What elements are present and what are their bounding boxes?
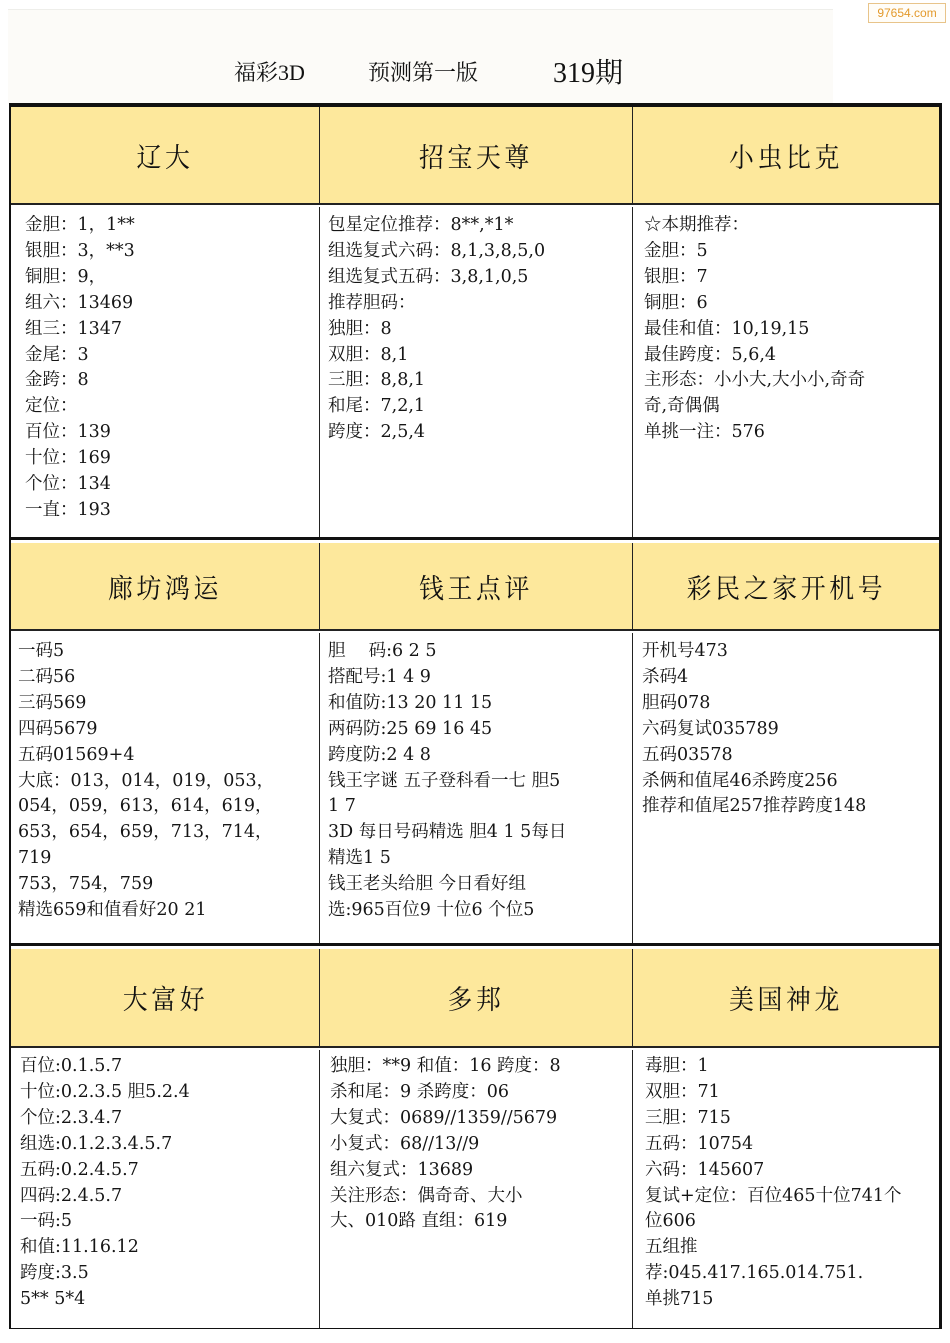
page-title: 福彩3D 预测第一版 319期 [0,0,940,100]
section-header-xiaochong: 小虫比克 [633,107,939,203]
prediction-line: 四码5679 [18,717,313,743]
section-title: 多邦 [447,978,504,1017]
table-header-row: 大富好 多邦 美国神龙 [11,949,939,1048]
section-body-duobang: 独胆：**9 和值：16 跨度：8 杀和尾：9 杀跨度：06 大复式：0689/… [320,1050,633,1328]
prediction-line: 六码：145607 [645,1158,933,1184]
prediction-line: 主形态：小小大,大小小,奇奇 [644,368,933,394]
prediction-line: 和值:11.16.12 [20,1235,313,1261]
prediction-line: 五码03578 [642,743,933,769]
prediction-line: 金跨：8 [25,368,313,394]
prediction-line: 金胆：5 [644,239,933,265]
prediction-line: 杀俩和值尾46杀跨度256 [642,769,933,795]
prediction-line: 独胆：8 [328,317,626,343]
prediction-line: 钱王字谜 五子登科看一七 胆5 [328,769,626,795]
prediction-line: 组六复式：13689 [330,1158,626,1184]
prediction-line: 653，654，659，713，714， [18,820,313,846]
section-body-xiaochong: ☆本期推荐： 金胆：5 银胆：7 铜胆：6 最佳和值：10,19,15 最佳跨度… [633,207,939,537]
prediction-list: 开机号473 杀码4 胆码078 六码复试035789 五码03578 杀俩和值… [642,639,933,820]
title-edition: 预测第一版 [368,56,478,87]
title-issue-number: 319期 [553,51,623,91]
prediction-line: 十位：169 [25,446,313,472]
prediction-line: 定位： [25,394,313,420]
prediction-line: 金尾：3 [25,343,313,369]
section-body-meiguo: 毒胆：1 双胆：71 三胆：715 五码：10754 六码：145607 复试+… [633,1050,939,1328]
section-header-zhaobao: 招宝天尊 [320,107,633,203]
prediction-line: 719 [18,846,313,872]
prediction-line: 毒胆：1 [645,1054,933,1080]
prediction-line: 精选1 5 [328,846,626,872]
prediction-line: 单挑715 [645,1287,933,1313]
prediction-line: 六码复试035789 [642,717,933,743]
prediction-list: 胆 码:6 2 5 搭配号:1 4 9 和值防:13 20 11 15 两码防:… [328,639,626,924]
prediction-line: 位606 [645,1209,933,1235]
prediction-line: 选:965百位9 十位6 个位5 [328,898,626,924]
prediction-line: 关注形态：偶奇奇、大小 [330,1184,626,1210]
prediction-table: 辽大 招宝天尊 小虫比克 金胆：1，1** 银胆：3，**3 铜胆：9， 组六：… [9,103,942,1329]
prediction-line: 最佳跨度：5,6,4 [644,343,933,369]
prediction-line: 一码:5 [20,1209,313,1235]
section-body-liaoda: 金胆：1，1** 银胆：3，**3 铜胆：9， 组六：13469 组三：1347… [11,207,320,537]
table-header-row: 辽大 招宝天尊 小虫比克 [11,107,939,205]
prediction-line: 百位：139 [25,420,313,446]
prediction-list: 包星定位推荐：8**,*1* 组选复式六码：8,1,3,8,5,0 组选复式五码… [328,213,626,446]
section-body-caimin: 开机号473 杀码4 胆码078 六码复试035789 五码03578 杀俩和值… [633,633,939,943]
prediction-line: 三胆：8,8,1 [328,368,626,394]
prediction-line: 荐:045.417.165.014.751. [645,1261,933,1287]
prediction-line: 杀和尾：9 杀跨度：06 [330,1080,626,1106]
prediction-line: 百位:0.1.5.7 [20,1054,313,1080]
prediction-line: 四码:2.4.5.7 [20,1184,313,1210]
section-header-qianwang: 钱王点评 [320,543,633,629]
prediction-line: 最佳和值：10,19,15 [644,317,933,343]
table-header-row: 廊坊鸿运 钱王点评 彩民之家开机号 [11,543,939,631]
prediction-list: 毒胆：1 双胆：71 三胆：715 五码：10754 六码：145607 复试+… [645,1054,933,1313]
prediction-line: 和值防:13 20 11 15 [328,691,626,717]
prediction-line: 组选复式六码：8,1,3,8,5,0 [328,239,626,265]
prediction-line: 复试+定位：百位465十位741个 [645,1184,933,1210]
prediction-line: 跨度:3.5 [20,1261,313,1287]
prediction-line: 一码5 [18,639,313,665]
prediction-line: 1 7 [328,794,626,820]
prediction-line: 大、010路 直组：619 [330,1209,626,1235]
prediction-line: 银胆：3，**3 [25,239,313,265]
prediction-line: 五组推 [645,1235,933,1261]
prediction-line: 大底：013，014，019，053， [18,769,313,795]
section-header-liaoda: 辽大 [11,107,320,203]
section-title: 大富好 [122,978,208,1017]
prediction-line: 五码:0.2.4.5.7 [20,1158,313,1184]
title-lottery-name: 福彩3D [234,56,305,87]
section-title: 廊坊鸿运 [108,567,222,606]
section-title: 小虫比克 [729,136,843,175]
table-body-row: 百位:0.1.5.7 十位:0.2.3.5 胆5.2.4 个位:2.3.4.7 … [11,1050,939,1328]
prediction-line: 大复式：0689//1359//5679 [330,1106,626,1132]
section-title: 钱王点评 [419,567,533,606]
prediction-line: 钱王老头给胆 今日看好组 [328,872,626,898]
section-body-dafuhao: 百位:0.1.5.7 十位:0.2.3.5 胆5.2.4 个位:2.3.4.7 … [11,1050,320,1328]
prediction-line: 杀码4 [642,665,933,691]
prediction-list: 独胆：**9 和值：16 跨度：8 杀和尾：9 杀跨度：06 大复式：0689/… [330,1054,626,1235]
prediction-line: 个位:2.3.4.7 [20,1106,313,1132]
table-body-row: 一码5 二码56 三码569 四码5679 五码01569+4 大底：013，0… [11,633,939,946]
prediction-line: 五码：10754 [645,1132,933,1158]
section-header-caimin: 彩民之家开机号 [633,543,939,629]
section-body-zhaobao: 包星定位推荐：8**,*1* 组选复式六码：8,1,3,8,5,0 组选复式五码… [320,207,633,537]
prediction-line: 054，059，613，614，619， [18,794,313,820]
prediction-line: 开机号473 [642,639,933,665]
prediction-line: 胆 码:6 2 5 [328,639,626,665]
prediction-line: 一直：193 [25,498,313,524]
section-title: 招宝天尊 [419,136,533,175]
section-header-langfang: 廊坊鸿运 [11,543,320,629]
prediction-list: 百位:0.1.5.7 十位:0.2.3.5 胆5.2.4 个位:2.3.4.7 … [20,1054,313,1313]
prediction-line: 三码569 [18,691,313,717]
prediction-line: 两码防:25 69 16 45 [328,717,626,743]
prediction-line: 二码56 [18,665,313,691]
prediction-list: 金胆：1，1** 银胆：3，**3 铜胆：9， 组六：13469 组三：1347… [25,213,313,524]
prediction-line: 独胆：**9 和值：16 跨度：8 [330,1054,626,1080]
prediction-line: 推荐胆码： [328,291,626,317]
section-body-qianwang: 胆 码:6 2 5 搭配号:1 4 9 和值防:13 20 11 15 两码防:… [320,633,633,943]
prediction-line: 铜胆：6 [644,291,933,317]
prediction-line: 奇,奇偶偶 [644,394,933,420]
section-title: 辽大 [136,136,193,175]
prediction-line: 三胆：715 [645,1106,933,1132]
table-body-row: 金胆：1，1** 银胆：3，**3 铜胆：9， 组六：13469 组三：1347… [11,207,939,540]
section-title: 彩民之家开机号 [686,567,886,606]
section-header-dafuhao: 大富好 [11,949,320,1046]
prediction-line: 银胆：7 [644,265,933,291]
prediction-line: 5** 5*4 [20,1287,313,1313]
section-body-langfang: 一码5 二码56 三码569 四码5679 五码01569+4 大底：013，0… [11,633,320,943]
prediction-line: 包星定位推荐：8**,*1* [328,213,626,239]
prediction-line: 和尾：7,2,1 [328,394,626,420]
prediction-line: 五码01569+4 [18,743,313,769]
prediction-line: 跨度：2,5,4 [328,420,626,446]
prediction-line: 组选:0.1.2.3.4.5.7 [20,1132,313,1158]
section-title: 美国神龙 [729,978,843,1017]
prediction-line: 精选659和值看好20 21 [18,898,313,924]
section-header-duobang: 多邦 [320,949,633,1046]
prediction-line: 胆码078 [642,691,933,717]
prediction-list: ☆本期推荐： 金胆：5 银胆：7 铜胆：6 最佳和值：10,19,15 最佳跨度… [644,213,933,446]
prediction-line: 金胆：1，1** [25,213,313,239]
prediction-line: 个位：134 [25,472,313,498]
prediction-line: 小复式：68//13//9 [330,1132,626,1158]
prediction-line: 753，754，759 [18,872,313,898]
prediction-line: 双胆：71 [645,1080,933,1106]
prediction-line: 3D 每日号码精选 胆4 1 5每日 [328,820,626,846]
prediction-line: 组三：1347 [25,317,313,343]
prediction-line: 推荐和值尾257推荐跨度148 [642,794,933,820]
section-header-meiguo: 美国神龙 [633,949,939,1046]
prediction-line: 铜胆：9， [25,265,313,291]
prediction-line: 双胆：8,1 [328,343,626,369]
prediction-list: 一码5 二码56 三码569 四码5679 五码01569+4 大底：013，0… [18,639,313,924]
prediction-line: 十位:0.2.3.5 胆5.2.4 [20,1080,313,1106]
prediction-line: ☆本期推荐： [644,213,933,239]
prediction-line: 组六：13469 [25,291,313,317]
prediction-line: 组选复式五码：3,8,1,0,5 [328,265,626,291]
prediction-line: 单挑一注：576 [644,420,933,446]
prediction-line: 跨度防:2 4 8 [328,743,626,769]
prediction-line: 搭配号:1 4 9 [328,665,626,691]
